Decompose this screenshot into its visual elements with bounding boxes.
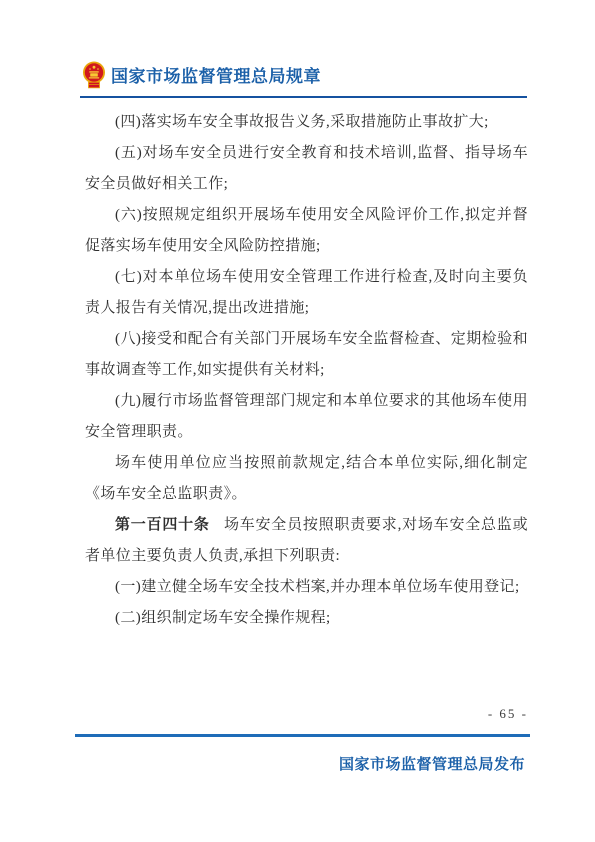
paragraph-text: (九)履行市场监督管理部门规定和本单位要求的其他场车使用安全管理职责。 xyxy=(85,393,528,440)
paragraph-article-140: 第一百四十条场车安全员按照职责要求,对场车安全总监或者单位主要负责人负责,承担下… xyxy=(85,510,528,572)
header-title: 国家市场监督管理总局规章 xyxy=(111,62,321,87)
article-number-lead: 第一百四十条 xyxy=(115,517,210,533)
publisher-label: 国家市场监督管理总局发布 xyxy=(339,753,525,774)
paragraph: (八)接受和配合有关部门开展场车安全监督检查、定期检验和事故调查等工作,如实提供… xyxy=(85,324,528,386)
paragraph: (四)落实场车安全事故报告义务,采取措施防止事故扩大; xyxy=(85,107,528,138)
paragraph: (六)按照规定组织开展场车使用安全风险评价工作,拟定并督促落实场车使用安全风险防… xyxy=(85,200,528,262)
document-page: 国家市场监督管理总局规章 (四)落实场车安全事故报告义务,采取措施防止事故扩大;… xyxy=(0,0,595,842)
document-body: (四)落实场车安全事故报告义务,采取措施防止事故扩大; (五)对场车安全员进行安… xyxy=(85,107,528,634)
footer-rule xyxy=(75,734,530,737)
paragraph: (七)对本单位场车使用安全管理工作进行检查,及时向主要负责人报告有关情况,提出改… xyxy=(85,262,528,324)
paragraph: (五)对场车安全员进行安全教育和技术培训,监督、指导场车安全员做好相关工作; xyxy=(85,138,528,200)
page-number: - 65 - xyxy=(488,706,528,722)
paragraph-text: (六)按照规定组织开展场车使用安全风险评价工作,拟定并督促落实场车使用安全风险防… xyxy=(85,207,528,254)
header-rule xyxy=(80,96,527,98)
china-national-emblem-icon xyxy=(82,61,106,89)
paragraph: (一)建立健全场车安全技术档案,并办理本单位场车使用登记; xyxy=(85,572,528,603)
paragraph-text: (七)对本单位场车使用安全管理工作进行检查,及时向主要负责人报告有关情况,提出改… xyxy=(85,269,528,316)
paragraph: (九)履行市场监督管理部门规定和本单位要求的其他场车使用安全管理职责。 xyxy=(85,386,528,448)
paragraph-text: (八)接受和配合有关部门开展场车安全监督检查、定期检验和事故调查等工作,如实提供… xyxy=(85,331,528,378)
paragraph: 场车使用单位应当按照前款规定,结合本单位实际,细化制定《场车安全总监职责》。 xyxy=(85,448,528,510)
paragraph-text: (五)对场车安全员进行安全教育和技术培训,监督、指导场车安全员做好相关工作; xyxy=(85,145,528,192)
paragraph: (二)组织制定场车安全操作规程; xyxy=(85,603,528,634)
paragraph-text: (一)建立健全场车安全技术档案,并办理本单位场车使用登记; xyxy=(115,579,520,595)
paragraph-text: (二)组织制定场车安全操作规程; xyxy=(115,610,331,626)
paragraph-text: 场车使用单位应当按照前款规定,结合本单位实际,细化制定《场车安全总监职责》。 xyxy=(85,455,528,502)
paragraph-text: (四)落实场车安全事故报告义务,采取措施防止事故扩大; xyxy=(115,114,489,130)
